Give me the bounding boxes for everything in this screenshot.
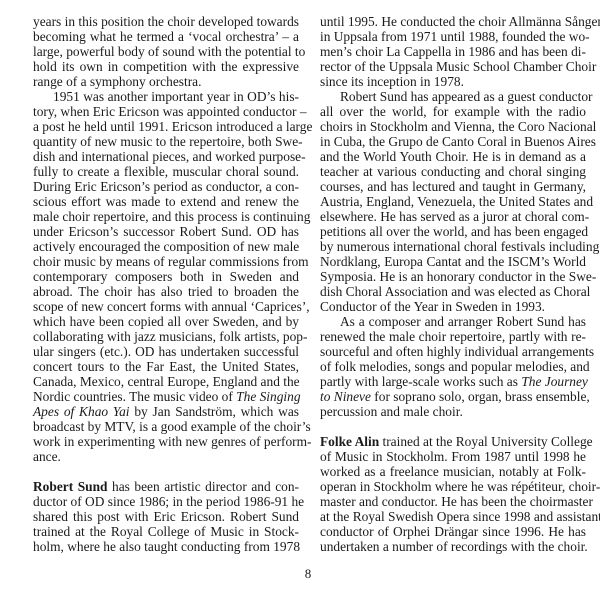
text-line: courses, and has lectured and taught in … <box>320 179 586 194</box>
text-line: large, powerful body of sound with the p… <box>33 44 299 59</box>
text-line: operan in Stockholm where he was répétit… <box>320 479 586 494</box>
paragraph-uppsala: until 1995. He conducted the choir Allmä… <box>320 14 586 89</box>
text-line: until 1995. He conducted the choir Allmä… <box>320 14 586 29</box>
text-line: choir music by means of regular commissi… <box>33 254 299 269</box>
text-line: years in this position the choir develop… <box>33 14 299 29</box>
text-line: tory, when Eric Ericson was appointed co… <box>33 104 299 119</box>
text-line: undertaken a number of recordings with t… <box>320 539 586 554</box>
text-line: contemporary composers both in Sweden an… <box>33 269 299 284</box>
text-line: to Nineve for soprano solo, organ, brass… <box>320 389 586 404</box>
text-line: collaborating with jazz musicians, folk … <box>33 329 299 344</box>
paragraph-robert-sund-bio: Robert Sund has been artistic director a… <box>33 479 299 554</box>
document-page: years in this position the choir develop… <box>0 0 600 605</box>
text-line: ductor of OD since 1986; in the period 1… <box>33 494 299 509</box>
text-line: choirs in Stockholm and Vienna, the Coro… <box>320 119 586 134</box>
text-line: quantity of new music to the repertoire,… <box>33 134 299 149</box>
italic-title-nineve: to Nineve <box>320 389 371 404</box>
paragraph-gap <box>320 419 586 434</box>
text-line: renewed the male choir repertoire, partl… <box>320 329 586 344</box>
text-line: at the Royal Swedish Opera since 1998 an… <box>320 509 586 524</box>
text-line: Robert Sund has appeared as a guest cond… <box>320 89 586 104</box>
text-line: Canada, Mexico, central Europe, England … <box>33 374 299 389</box>
text-run: for soprano solo, organ, brass ensemble, <box>371 389 590 404</box>
text-line: elsewhere. He has served as a juror at c… <box>320 209 586 224</box>
text-line: 1951 was another important year in OD’s … <box>33 89 299 104</box>
text-line: since its inception in 1978. <box>320 74 586 89</box>
text-line: ular singers (etc.). OD has undertaken s… <box>33 344 299 359</box>
text-line: teacher at various conducting and choral… <box>320 164 586 179</box>
text-line: Conductor of the Year in Sweden in 1993. <box>320 299 586 314</box>
page-number: 8 <box>302 566 314 582</box>
paragraph-composer-arranger: As a composer and arranger Robert Sund h… <box>320 314 586 419</box>
paragraph-vocal-orchestra: years in this position the choir develop… <box>33 14 299 89</box>
text-line: in Cuba, the Grupo de Canto Coral in Bue… <box>320 134 586 149</box>
text-line: conductor of Orphei Drängar since 1996. … <box>320 524 586 539</box>
text-run: trained at the Royal University College <box>379 434 592 449</box>
text-run: Nordic countries. The music video of <box>33 389 236 404</box>
text-line: abroad. The choir has also tried to broa… <box>33 284 299 299</box>
text-line: under Ericson’s successor Robert Sund. O… <box>33 224 299 239</box>
text-line: Symposia. He is an honorary conductor in… <box>320 269 586 284</box>
bio-name-folke-alin: Folke Alin <box>320 434 379 449</box>
text-line: Apes of Khao Yai by Jan Sandström, which… <box>33 404 299 419</box>
text-line: fully to create a flexible, muscular cho… <box>33 164 299 179</box>
text-line: During Eric Ericson’s period as conducto… <box>33 179 299 194</box>
text-line: dish Choral Association and was elected … <box>320 284 586 299</box>
italic-title-singing-apes: The Singing <box>236 389 300 404</box>
text-run: has been artistic director and con- <box>107 479 299 494</box>
text-line: trained at the Royal College of Music in… <box>33 524 299 539</box>
paragraph-eric-ericson: 1951 was another important year in OD’s … <box>33 89 299 464</box>
text-line: percussion and male choir. <box>320 404 586 419</box>
text-line: Austria, England, Venezuela, the United … <box>320 194 586 209</box>
text-line: dish and international pieces, and worke… <box>33 149 299 164</box>
text-line: and the World Youth Choir. He is in dema… <box>320 149 586 164</box>
text-line: a post he held until 1991. Ericson intro… <box>33 119 299 134</box>
text-line: sourceful and often highly individual ar… <box>320 344 586 359</box>
text-line: petitions all over the world, and has be… <box>320 224 586 239</box>
text-line: master and conductor. He has been the ch… <box>320 494 586 509</box>
left-column: years in this position the choir develop… <box>33 14 299 554</box>
text-line: shared this post with Eric Ericson. Robe… <box>33 509 299 524</box>
text-line: ance. <box>33 449 299 464</box>
text-line: hold its own in competition with the exp… <box>33 59 299 74</box>
bio-name-robert-sund: Robert Sund <box>33 479 107 494</box>
text-line: by numerous international choral festiva… <box>320 239 586 254</box>
text-line: Robert Sund has been artistic director a… <box>33 479 299 494</box>
text-line: scious effort was made to extend and ren… <box>33 194 299 209</box>
text-line: worked as a freelance musician, notably … <box>320 464 586 479</box>
text-line: scope of new concert forms with annual ‘… <box>33 299 299 314</box>
text-line: men’s choir La Cappella in 1986 and has … <box>320 44 586 59</box>
text-line: broadcast by MTV, is a good example of t… <box>33 419 299 434</box>
text-line: rector of the Uppsala Music School Chamb… <box>320 59 586 74</box>
text-line: work in experimenting with new genres of… <box>33 434 299 449</box>
text-line: in Uppsala from 1971 until 1988, founded… <box>320 29 586 44</box>
text-run: by Jan Sandström, which was <box>130 404 299 419</box>
text-line: Nordklang, Europa Cantat and the ISCM’s … <box>320 254 586 269</box>
text-line: As a composer and arranger Robert Sund h… <box>320 314 586 329</box>
text-line: male choir repertoire, and this process … <box>33 209 299 224</box>
text-line: becoming what he termed a ‘vocal orchest… <box>33 29 299 44</box>
italic-title-khao-yai: Apes of Khao Yai <box>33 404 130 419</box>
text-line: concert tours to the Far East, the Unite… <box>33 359 299 374</box>
text-line: range of a symphony orchestra. <box>33 74 299 89</box>
text-line: Folke Alin trained at the Royal Universi… <box>320 434 586 449</box>
italic-title-journey: The Journey <box>521 374 588 389</box>
paragraph-folke-alin-bio: Folke Alin trained at the Royal Universi… <box>320 434 586 554</box>
text-line: which have been copied all over Sweden, … <box>33 314 299 329</box>
text-line: partly with large-scale works such as Th… <box>320 374 586 389</box>
right-column: until 1995. He conducted the choir Allmä… <box>320 14 586 554</box>
text-line: of folk melodies, songs and popular melo… <box>320 359 586 374</box>
text-line: Nordic countries. The music video of The… <box>33 389 299 404</box>
text-line: holm, where he also taught conducting fr… <box>33 539 299 554</box>
text-run: partly with large-scale works such as <box>320 374 521 389</box>
paragraph-gap <box>33 464 299 479</box>
paragraph-guest-conductor: Robert Sund has appeared as a guest cond… <box>320 89 586 314</box>
text-line: actively encouraged the composition of n… <box>33 239 299 254</box>
text-line: all over the world, for example with the… <box>320 104 586 119</box>
text-line: of Music in Stockholm. From 1987 until 1… <box>320 449 586 464</box>
